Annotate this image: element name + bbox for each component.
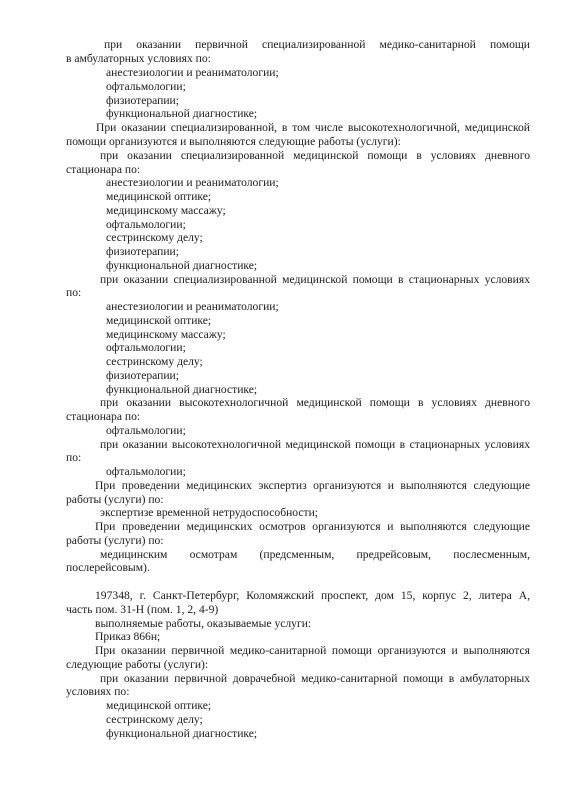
list-item: медицинской оптике;: [106, 190, 211, 203]
list-item: анестезиологии и реаниматологии;: [106, 300, 279, 313]
address-line: часть пом. 31-Н (пом. 1, 2, 4-9): [66, 603, 218, 616]
list-item: анестезиологии и реаниматологии;: [106, 176, 279, 189]
list-item: физиотерапии;: [106, 245, 179, 258]
list-item: сестринскому делу;: [106, 355, 203, 368]
order-reference: Приказ 866н;: [95, 630, 160, 643]
paragraph-line: в амбулаторных условиях по:: [66, 52, 211, 65]
address-line: 197348, г. Санкт-Петербург, Коломяжский …: [95, 589, 530, 602]
list-item: медицинской оптике;: [106, 699, 211, 712]
paragraph-line: при оказании первичной доврачебной медик…: [100, 672, 530, 685]
list-item: медицинскому массажу;: [106, 204, 226, 217]
list-item: офтальмологии;: [106, 341, 186, 354]
paragraph-line: при оказании высокотехнологичной медицин…: [100, 396, 530, 409]
list-item: функциональной диагностике;: [106, 727, 257, 740]
list-item: физиотерапии;: [106, 369, 179, 382]
list-item: офтальмологии;: [106, 218, 186, 231]
paragraph-line: работы (услуги) по:: [66, 493, 164, 506]
list-item: медицинскому массажу;: [106, 328, 226, 341]
list-item: сестринскому делу;: [106, 713, 203, 726]
list-item: сестринскому делу;: [106, 231, 203, 244]
paragraph-line: по:: [66, 451, 81, 464]
list-item: функциональной диагностике;: [106, 259, 257, 272]
paragraph-line: при оказании специализированной медицинс…: [100, 149, 530, 162]
list-item: офтальмологии;: [106, 465, 186, 478]
paragraph-line: по:: [66, 286, 81, 299]
paragraph-line: условиях по:: [66, 685, 129, 698]
list-item: функциональной диагностике;: [106, 107, 257, 120]
paragraph-line: послерейсовым).: [66, 561, 150, 574]
paragraph-line: помощи организуются и выполняются следую…: [66, 135, 401, 148]
paragraph-line: При проведении медицинских экспертиз орг…: [95, 479, 530, 492]
paragraph-line: медицинским осмотрам (предсменным, предр…: [100, 548, 530, 561]
list-item: офтальмологии;: [106, 424, 186, 437]
list-item: офтальмологии;: [106, 80, 186, 93]
paragraph-line: при оказании первичной специализированно…: [104, 38, 530, 51]
paragraph-line: следующие работы (услуги):: [66, 658, 208, 671]
paragraph-line: стационара по:: [66, 163, 140, 176]
paragraph-line: При оказании первичной медико-санитарной…: [95, 644, 530, 657]
section-heading: выполняемые работы, оказываемые услуги:: [95, 617, 311, 630]
paragraph-line: стационара по:: [66, 410, 140, 423]
paragraph-line: При оказании специализированной, в том ч…: [96, 121, 530, 134]
list-item: экспертизе временной нетрудоспособности;: [100, 506, 318, 519]
paragraph-line: при оказании специализированной медицинс…: [100, 273, 530, 286]
list-item: функциональной диагностике;: [106, 383, 257, 396]
paragraph-line: при оказании высокотехнологичной медицин…: [100, 438, 530, 451]
paragraph-line: При проведении медицинских осмотров орга…: [95, 520, 530, 533]
paragraph-line: работы (услуги) по:: [66, 534, 164, 547]
list-item: медицинской оптике;: [106, 314, 211, 327]
list-item: физиотерапии;: [106, 94, 179, 107]
list-item: анестезиологии и реаниматологии;: [106, 66, 279, 79]
document-page: при оказании первичной специализированно…: [0, 0, 566, 800]
